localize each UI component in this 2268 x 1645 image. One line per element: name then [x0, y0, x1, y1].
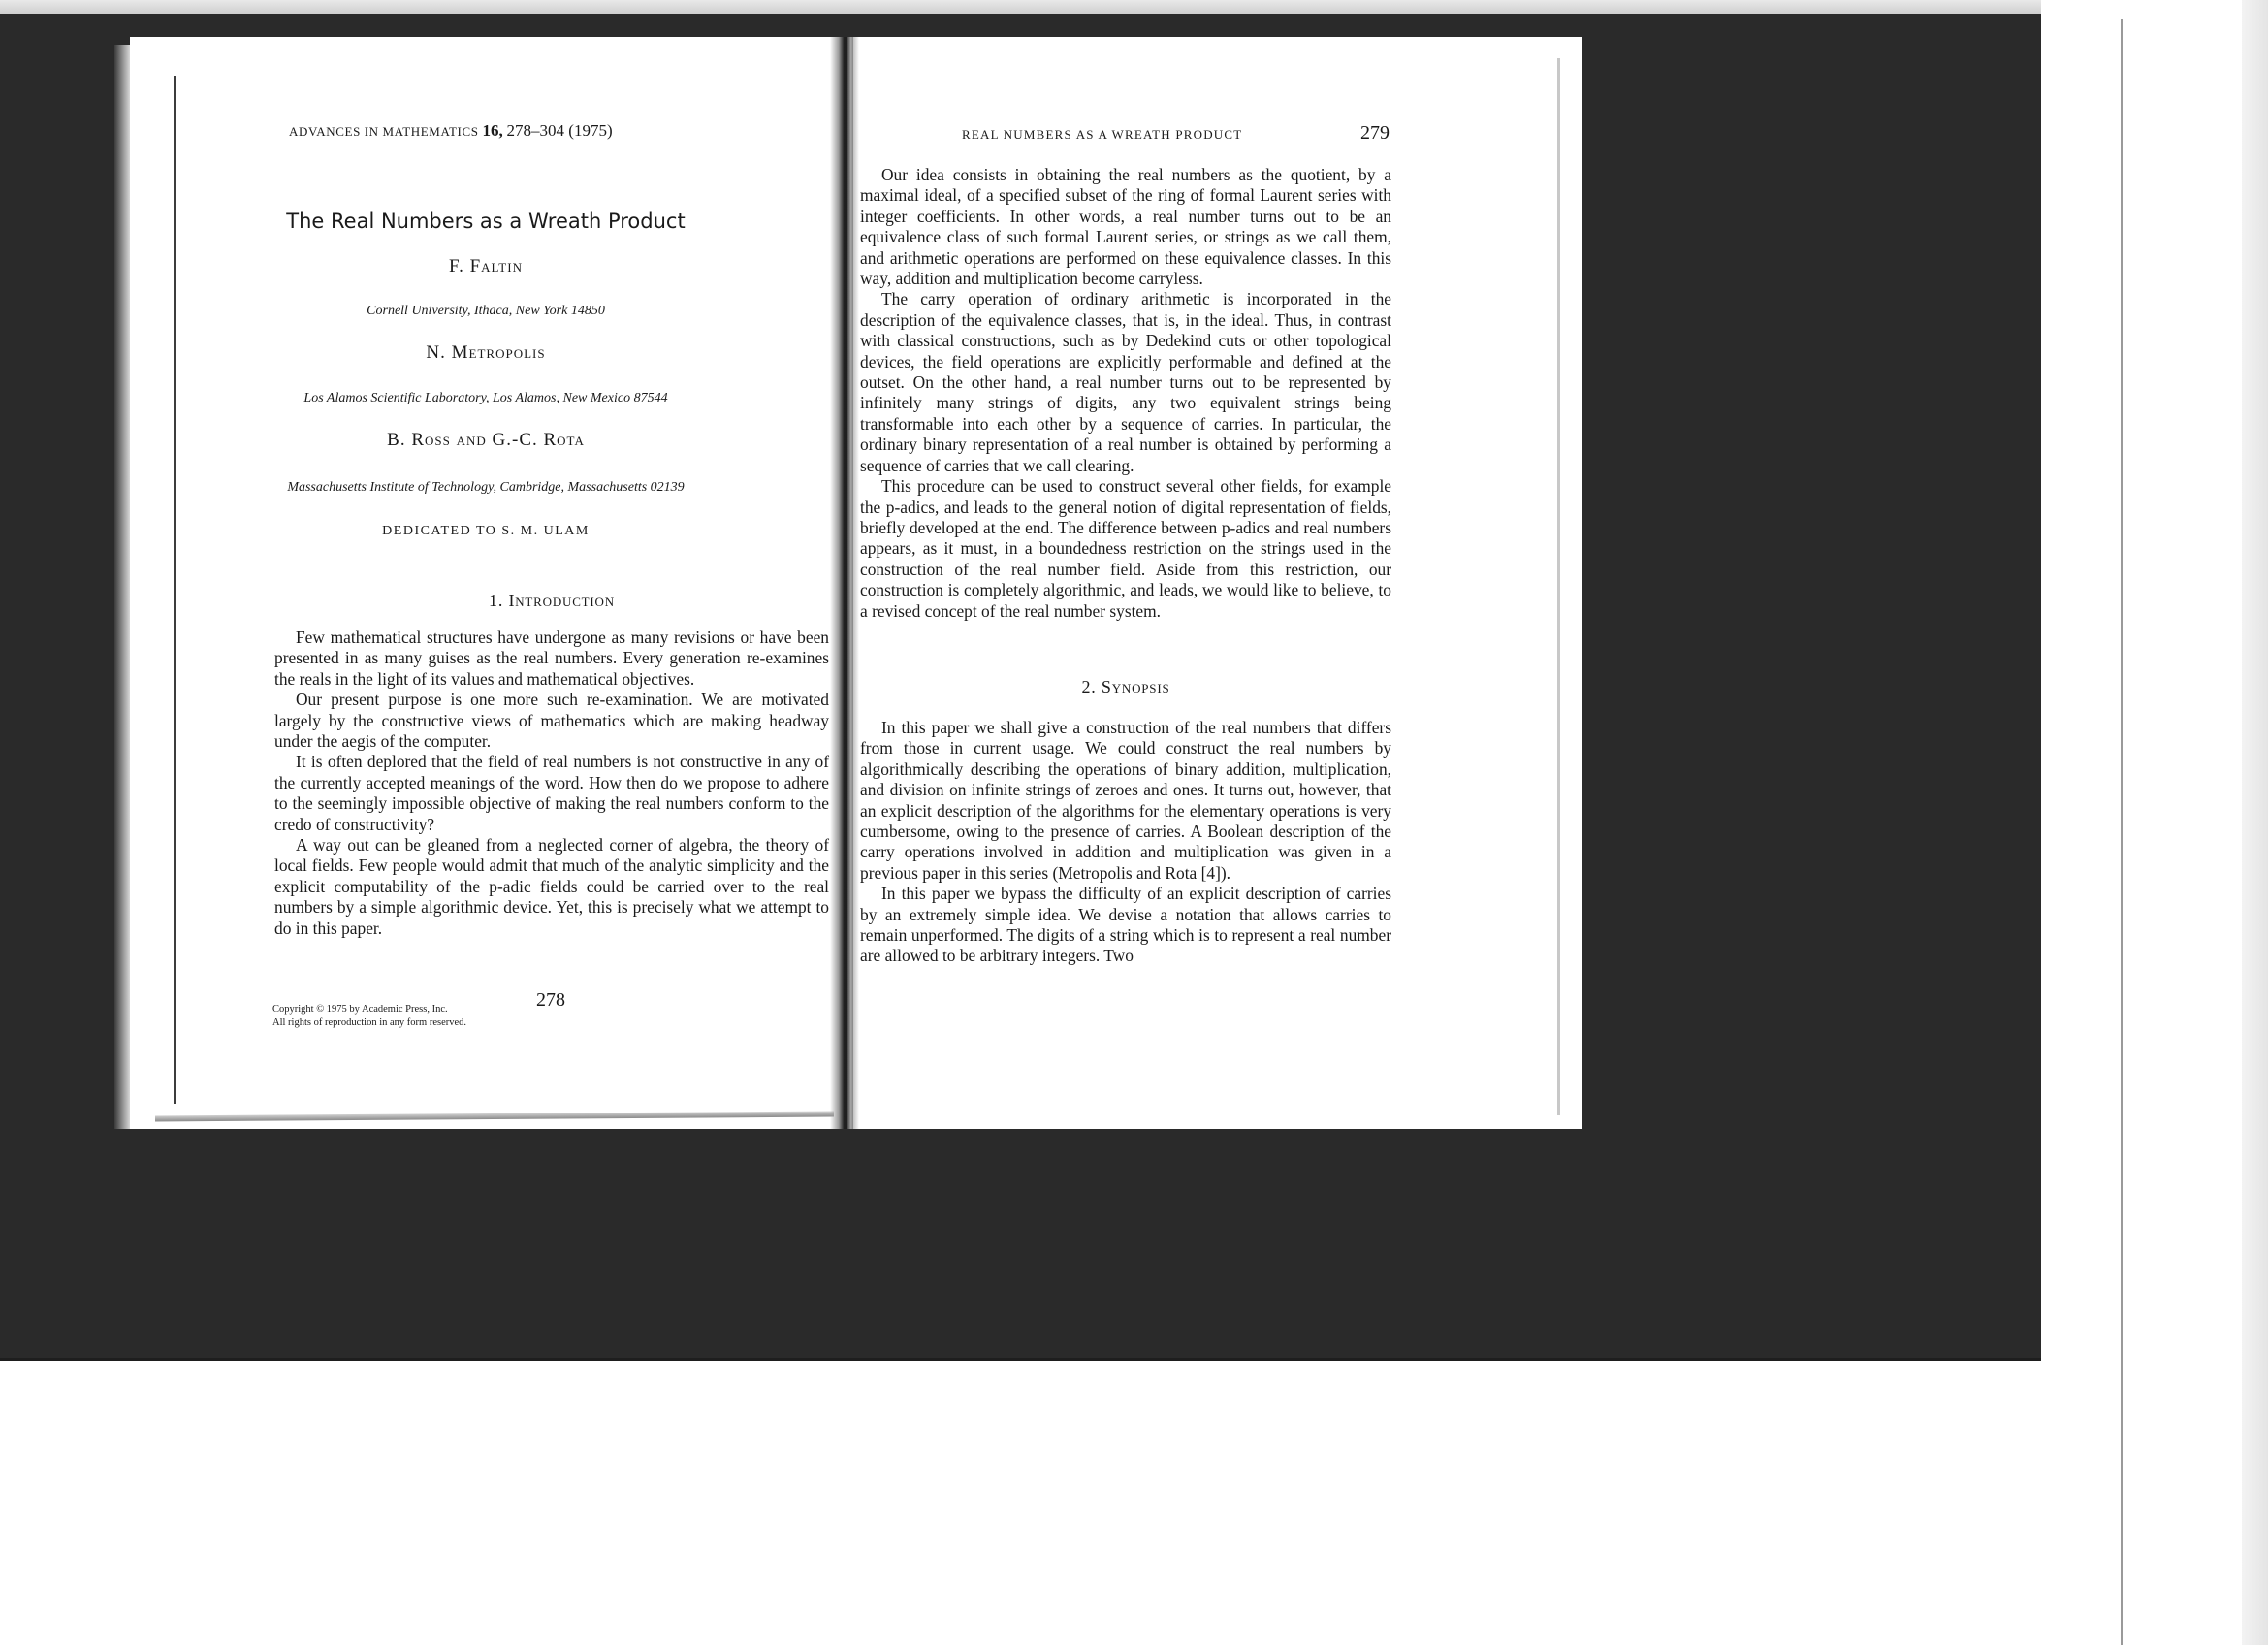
- paragraph: In this paper we shall give a constructi…: [860, 718, 1391, 884]
- book-gutter: [830, 37, 859, 1129]
- copyright-line: All rights of reproduction in any form r…: [272, 1016, 466, 1030]
- paragraph: Few mathematical structures have undergo…: [274, 628, 829, 690]
- section-heading-introduction: 1. Introduction: [274, 591, 829, 611]
- author-name: F. Faltin: [130, 256, 842, 277]
- scan-top-edge: [0, 0, 2041, 14]
- page-edge-line: [1557, 58, 1560, 1115]
- left-page: [130, 37, 842, 1129]
- paragraph: It is often deplored that the field of r…: [274, 752, 829, 835]
- paragraph: The carry operation of ordinary arithmet…: [860, 289, 1391, 476]
- page-number: 278: [536, 989, 565, 1012]
- scan-edge-line: [2121, 19, 2123, 1645]
- author-name: B. Ross and G.-C. Rota: [130, 430, 842, 451]
- page-number: 279: [1360, 122, 1390, 145]
- paragraph: In this paper we bypass the difficulty o…: [860, 884, 1391, 967]
- paragraph: This procedure can be used to construct …: [860, 476, 1391, 622]
- copyright-notice: Copyright © 1975 by Academic Press, Inc.…: [272, 1003, 466, 1030]
- introduction-body: Few mathematical structures have undergo…: [274, 628, 829, 939]
- dedication: DEDICATED TO S. M. ULAM: [130, 524, 842, 539]
- journal-name: ADVANCES IN MATHEMATICS: [289, 124, 479, 139]
- copyright-line: Copyright © 1975 by Academic Press, Inc.: [272, 1003, 466, 1016]
- continuation-body: Our idea consists in obtaining the real …: [860, 165, 1391, 622]
- paragraph: Our present purpose is one more such re-…: [274, 690, 829, 752]
- paragraph: A way out can be gleaned from a neglecte…: [274, 835, 829, 939]
- right-running-head: REAL NUMBERS AS A WREATH PRODUCT: [962, 127, 1242, 143]
- left-running-head: ADVANCES IN MATHEMATICS 16, 278–304 (197…: [289, 121, 613, 141]
- author-affiliation: Cornell University, Ithaca, New York 148…: [130, 304, 842, 319]
- section-heading-synopsis: 2. Synopsis: [860, 677, 1391, 697]
- author-affiliation: Los Alamos Scientific Laboratory, Los Al…: [130, 391, 842, 406]
- paper-title: The Real Numbers as a Wreath Product: [130, 210, 842, 233]
- author-name: N. Metropolis: [130, 342, 842, 364]
- book-edge-shadow: [114, 45, 130, 1129]
- author-affiliation: Massachusetts Institute of Technology, C…: [130, 480, 842, 496]
- paragraph: Our idea consists in obtaining the real …: [860, 165, 1391, 289]
- journal-pages: 278–304 (1975): [507, 121, 613, 140]
- journal-volume: 16,: [482, 121, 502, 140]
- synopsis-body: In this paper we shall give a constructi…: [860, 718, 1391, 967]
- scan-right-shade: [2242, 0, 2268, 1645]
